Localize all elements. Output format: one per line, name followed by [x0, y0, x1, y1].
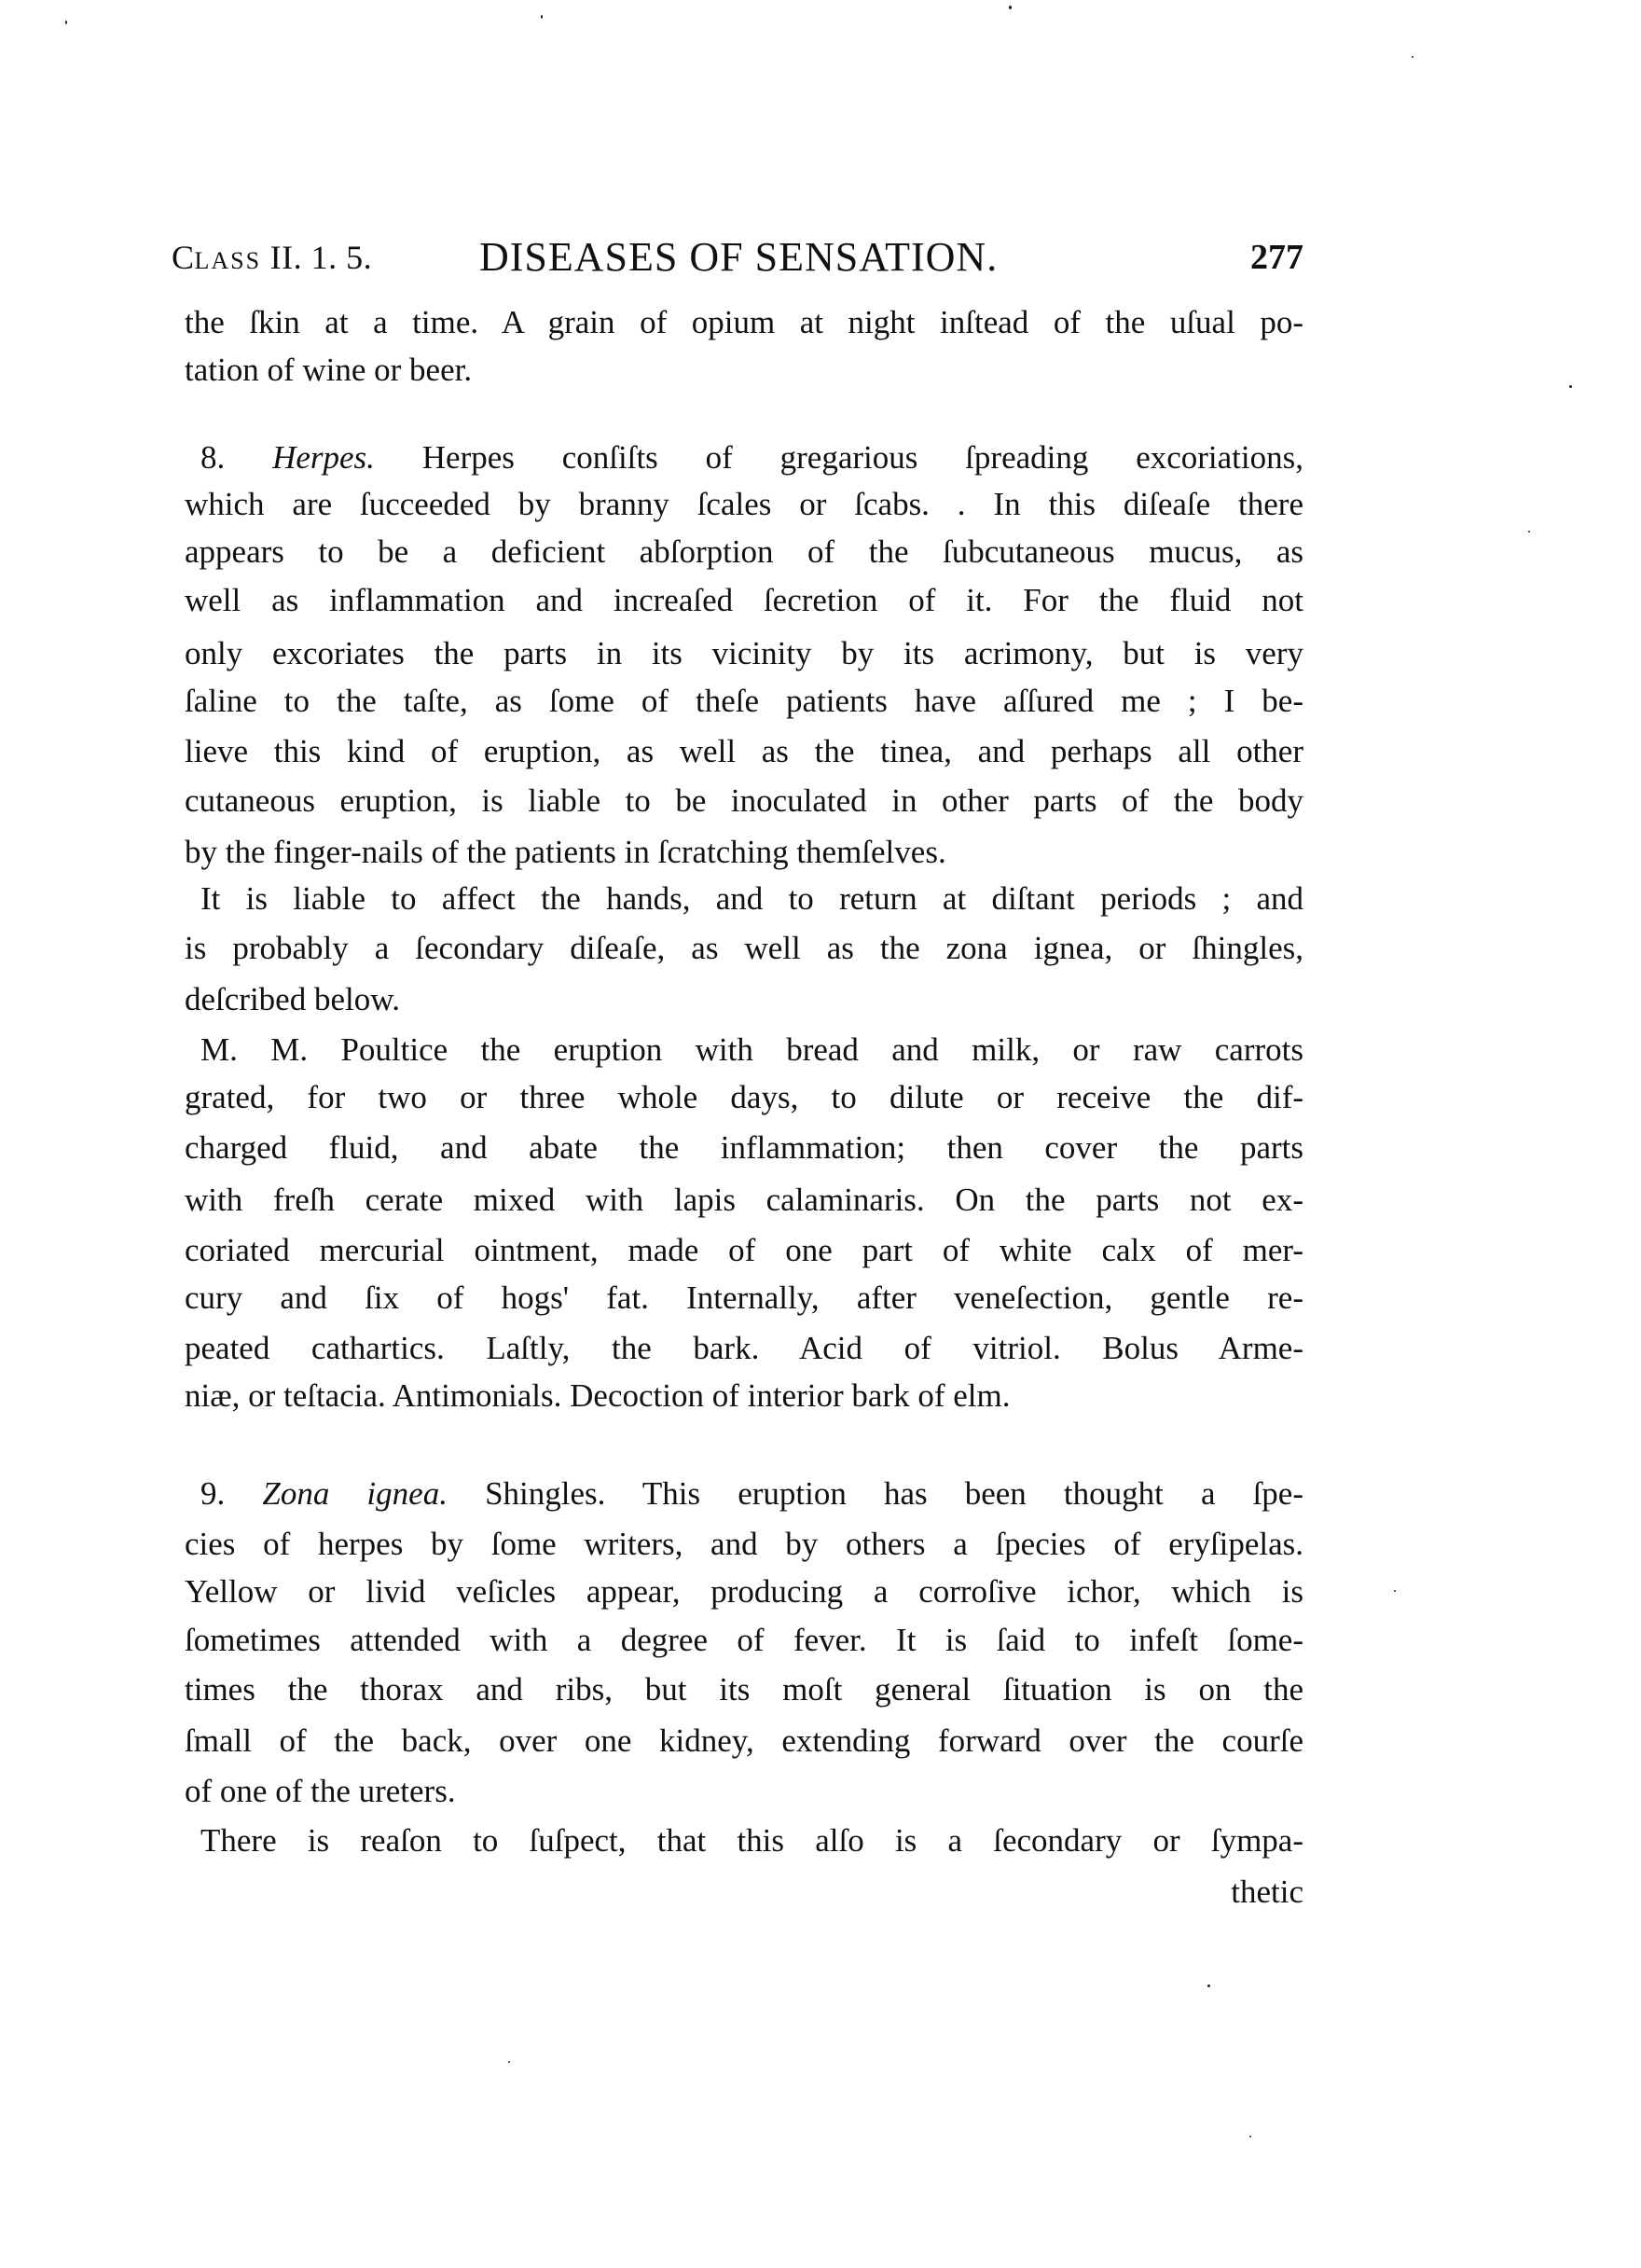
- section-number: 9.: [200, 1475, 262, 1512]
- text-line: cies of herpes by ſome writers, and by o…: [185, 1520, 1303, 1569]
- class-ref: II. 1. 5.: [261, 239, 372, 276]
- text-line: well as inflammation and increaſed ſecre…: [185, 576, 1303, 625]
- text-line: ſmall of the back, over one kidney, exte…: [185, 1717, 1303, 1765]
- line-text: well as inflammation and increaſed ſecre…: [185, 582, 1303, 618]
- text-line: lieve this kind of eruption, as well as …: [185, 727, 1303, 776]
- text-line: ſometimes attended with a degree of feve…: [185, 1616, 1303, 1665]
- catchword: thetic: [1201, 1868, 1303, 1916]
- book-page: CLASS II. 1. 5. DISEASES OF SENSATION. 2…: [0, 0, 1641, 2268]
- text-line: the ſkin at a time. A grain of opium at …: [185, 298, 1303, 347]
- line-text: niæ, or teſtacia. Antimonials. Decoction…: [185, 1377, 1010, 1414]
- class-reference: CLASS II. 1. 5.: [172, 231, 372, 287]
- line-text: Herpes conſiſts of gregarious ſpreading …: [375, 439, 1303, 476]
- line-text: charged fluid, and abate the inflammatio…: [185, 1129, 1303, 1166]
- line-text: times the thorax and ribs, but its moſt …: [185, 1671, 1303, 1708]
- line-text: M. M. Poultice the eruption with bread a…: [200, 1031, 1303, 1068]
- text-line: charged fluid, and abate the inflammatio…: [185, 1124, 1303, 1172]
- text-line: peated cathartics. Laſtly, the bark. Aci…: [185, 1324, 1303, 1373]
- text-line: cutaneous eruption, is liable to be inoc…: [185, 777, 1303, 825]
- speck: [508, 2061, 510, 2063]
- text-line: cury and ſix of hogs' fat. Internally, a…: [185, 1274, 1303, 1322]
- text-line: is probably a ſecondary diſeaſe, as well…: [185, 924, 1303, 973]
- section-heading: Zona ignea.: [262, 1475, 448, 1512]
- section-number: 8.: [200, 439, 272, 476]
- line-text: appears to be a deficient abſorption of …: [185, 533, 1303, 570]
- line-text: deſcribed below.: [185, 981, 400, 1017]
- text-line: M. M. Poultice the eruption with bread a…: [200, 1026, 1303, 1074]
- speck: [1412, 56, 1413, 58]
- line-text: Shingles. This eruption has been thought…: [448, 1475, 1303, 1512]
- text-line: It is liable to affect the hands, and to…: [200, 875, 1303, 923]
- line-text: Yellow or livid veſicles appear, produci…: [185, 1573, 1303, 1610]
- speck: [1207, 1984, 1210, 1987]
- line-text: peated cathartics. Laſtly, the bark. Aci…: [185, 1330, 1303, 1366]
- line-text: of one of the ureters.: [185, 1773, 456, 1809]
- class-smallcaps: LASS: [195, 247, 262, 274]
- text-line: which are ſucceeded by branny ſcales or …: [185, 480, 1303, 529]
- line-text: ſaline to the taſte, as ſome of theſe pa…: [185, 683, 1303, 719]
- line-text: with freſh cerate mixed with lapis calam…: [185, 1182, 1303, 1218]
- text-line: tation of wine or beer.: [185, 346, 1303, 394]
- line-text: which are ſucceeded by branny ſcales or …: [185, 486, 1303, 522]
- text-line: ſaline to the taſte, as ſome of theſe pa…: [185, 677, 1303, 726]
- line-text: coriated mercurial ointment, made of one…: [185, 1232, 1303, 1268]
- line-text: lieve this kind of eruption, as well as …: [185, 733, 1303, 769]
- text-line: There is reaſon to ſuſpect, that this al…: [200, 1817, 1303, 1865]
- text-line: coriated mercurial ointment, made of one…: [185, 1226, 1303, 1275]
- text-line: niæ, or teſtacia. Antimonials. Decoction…: [185, 1372, 1303, 1420]
- line-text: only excoriates the parts in its vicinit…: [185, 635, 1303, 671]
- speck: [1009, 6, 1012, 9]
- line-text: by the finger-nails of the patients in ſ…: [185, 834, 946, 870]
- text-line: with freſh cerate mixed with lapis calam…: [185, 1176, 1303, 1224]
- text-line: of one of the ureters.: [185, 1767, 1303, 1816]
- line-text: grated, for two or three whole days, to …: [185, 1079, 1303, 1115]
- line-text: ſmall of the back, over one kidney, exte…: [185, 1722, 1303, 1759]
- line-text: the ſkin at a time. A grain of opium at …: [185, 304, 1303, 340]
- page-number: 277: [1250, 231, 1303, 283]
- text-line: appears to be a deficient abſorption of …: [185, 528, 1303, 576]
- speck: [1249, 2136, 1251, 2137]
- text-line: Yellow or livid veſicles appear, produci…: [185, 1568, 1303, 1616]
- line-text: ſometimes attended with a degree of feve…: [185, 1622, 1303, 1658]
- text-line: 9. Zona ignea. Shingles. This eruption h…: [200, 1470, 1303, 1518]
- text-line: only excoriates the parts in its vicinit…: [185, 629, 1303, 678]
- running-head: CLASS II. 1. 5. DISEASES OF SENSATION. 2…: [172, 231, 1303, 283]
- text-line: deſcribed below.: [185, 975, 1303, 1024]
- text-line: 8. Herpes. Herpes conſiſts of gregarious…: [200, 434, 1303, 482]
- line-text: is probably a ſecondary diſeaſe, as well…: [185, 930, 1303, 966]
- text-line: by the finger-nails of the patients in ſ…: [185, 828, 1303, 877]
- text-line: grated, for two or three whole days, to …: [185, 1073, 1303, 1122]
- line-text: There is reaſon to ſuſpect, that this al…: [200, 1822, 1303, 1859]
- line-text: tation of wine or beer.: [185, 352, 472, 388]
- class-prefix: C: [172, 239, 195, 276]
- line-text: It is liable to affect the hands, and to…: [200, 880, 1303, 917]
- speck: [541, 15, 543, 19]
- speck: [1394, 1590, 1396, 1592]
- line-text: cutaneous eruption, is liable to be inoc…: [185, 782, 1303, 819]
- section-heading: Herpes.: [272, 439, 375, 476]
- text-line: times the thorax and ribs, but its moſt …: [185, 1666, 1303, 1714]
- running-title: DISEASES OF SENSATION.: [479, 231, 998, 283]
- speck: [1528, 531, 1530, 532]
- line-text: cies of herpes by ſome writers, and by o…: [185, 1526, 1303, 1562]
- speck: [1569, 385, 1572, 388]
- line-text: cury and ſix of hogs' fat. Internally, a…: [185, 1279, 1303, 1316]
- speck: [65, 21, 67, 24]
